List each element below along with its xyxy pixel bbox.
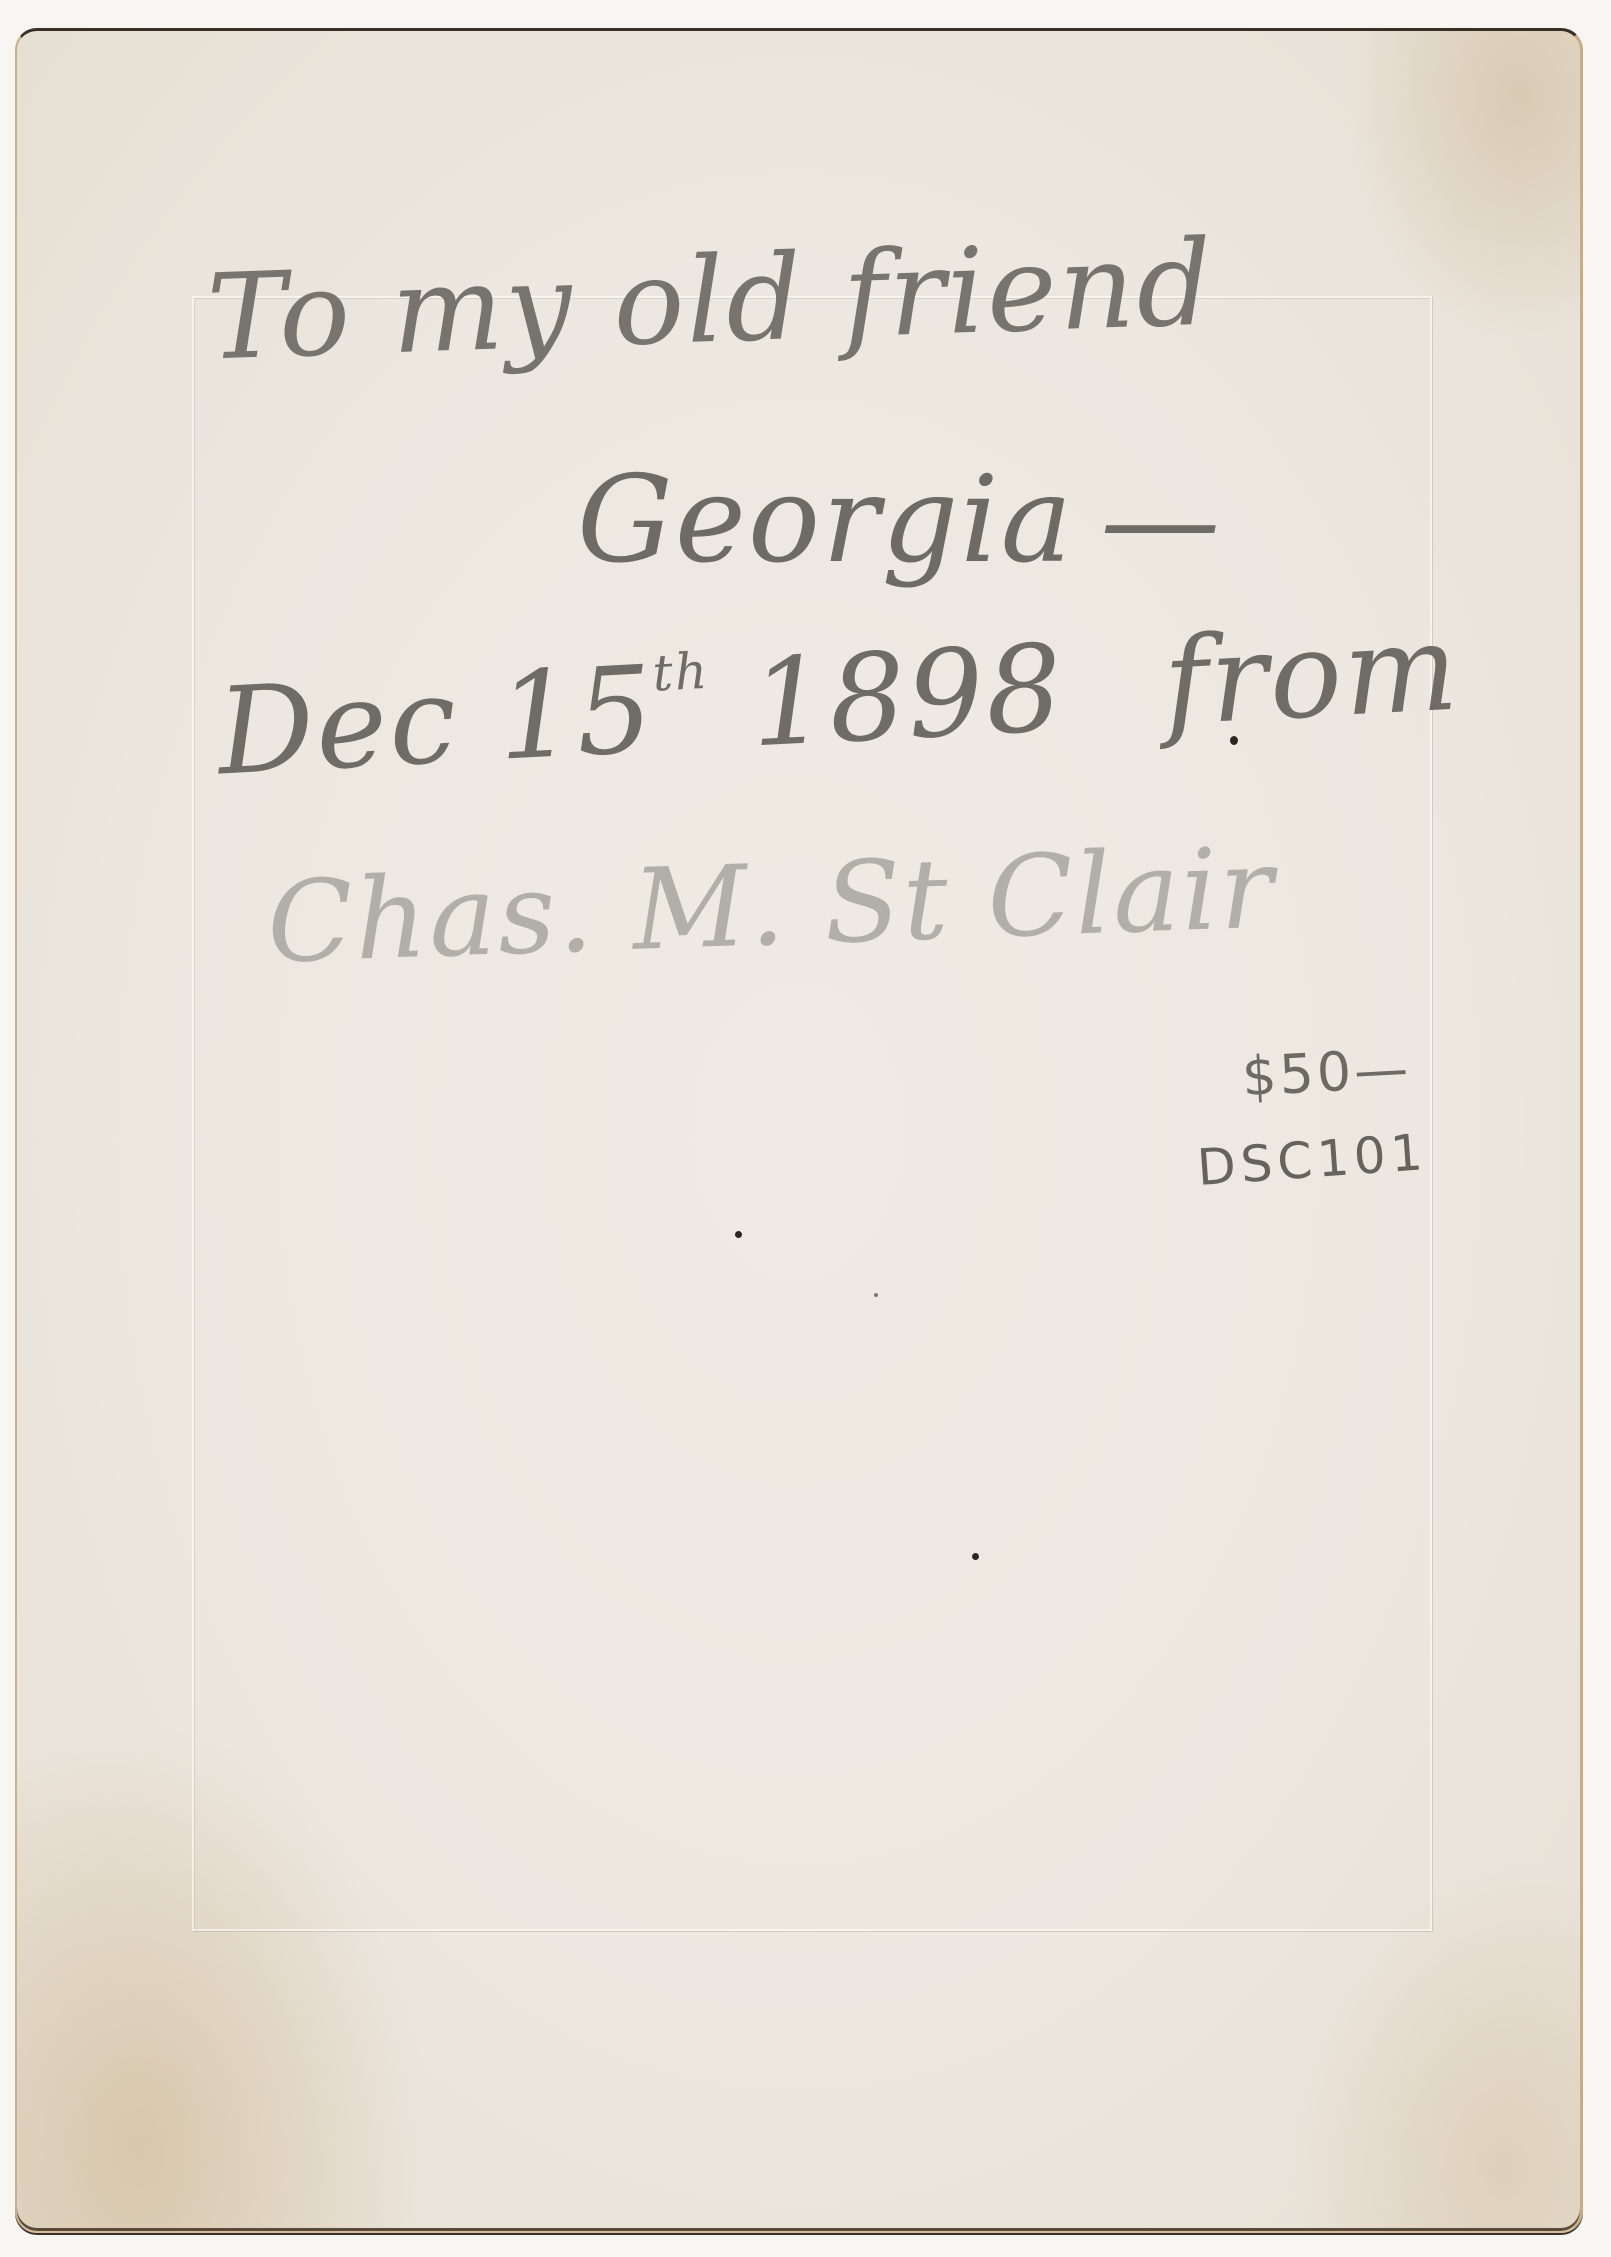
dealer-price: $50— — [1240, 1037, 1412, 1109]
recipient-name: Georgia — [577, 451, 1074, 590]
inscription-line-2: Georgia— — [577, 451, 1222, 590]
date-suffix: th — [651, 642, 710, 703]
speck — [1230, 736, 1238, 745]
speck — [972, 1553, 979, 1560]
date-year: 1898 — [747, 619, 1067, 774]
date-day: Dec 15 — [214, 641, 658, 803]
from-word: from — [1160, 599, 1463, 753]
dash: — — [1100, 451, 1222, 590]
cabinet-card-back: To my old friend Georgia— Dec 15th 1898 … — [15, 28, 1583, 2233]
speck — [874, 1293, 878, 1297]
speck — [735, 1231, 742, 1238]
photo-scene: To my old friend Georgia— Dec 15th 1898 … — [0, 0, 1611, 2257]
